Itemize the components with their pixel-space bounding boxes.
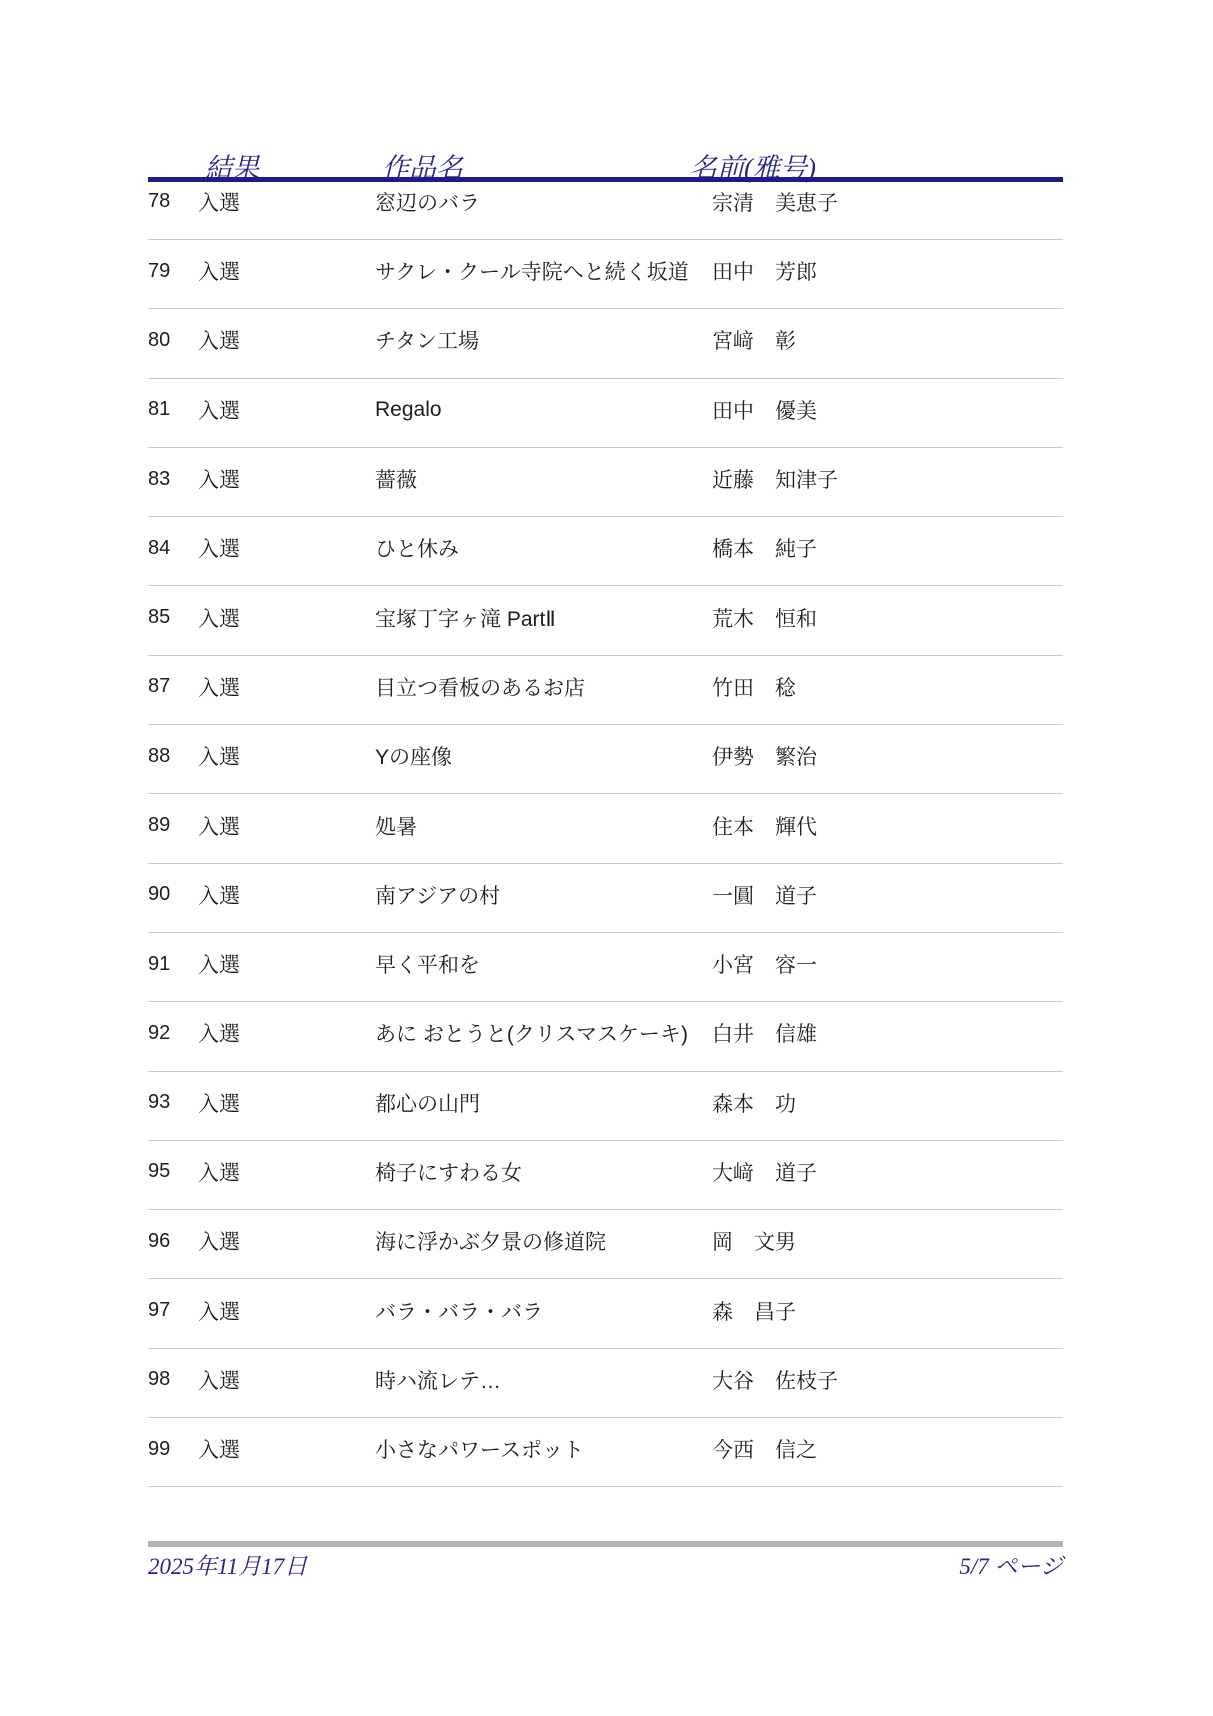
table-row: 95 入選 椅子にすわる女 大﨑 道子 (148, 1141, 1063, 1210)
row-number: 91 (148, 933, 170, 1001)
row-number: 99 (148, 1418, 170, 1486)
table-row: 79 入選 サクレ・クール寺院へと続く坂道 田中 芳郎 (148, 240, 1063, 309)
table-row: 97 入選 バラ・バラ・バラ 森 昌子 (148, 1279, 1063, 1348)
title-cell: 目立つ看板のあるお店 (375, 656, 585, 724)
row-number: 80 (148, 309, 170, 377)
row-number: 89 (148, 794, 170, 862)
title-cell: 都心の山門 (375, 1072, 480, 1140)
table-row: 99 入選 小さなパワースポット 今西 信之 (148, 1418, 1063, 1487)
row-number: 98 (148, 1349, 170, 1417)
name-cell: 今西 信之 (712, 1418, 817, 1486)
table-row: 81 入選 Regalo 田中 優美 (148, 379, 1063, 448)
name-cell: 小宮 容一 (712, 933, 817, 1001)
result-cell: 入選 (198, 725, 240, 793)
result-cell: 入選 (198, 864, 240, 932)
result-cell: 入選 (198, 1349, 240, 1417)
table-row: 80 入選 チタン工場 宮﨑 彰 (148, 309, 1063, 378)
row-number: 96 (148, 1210, 170, 1278)
table-row: 87 入選 目立つ看板のあるお店 竹田 稔 (148, 656, 1063, 725)
title-cell: あに おとうと(クリスマスケーキ) (375, 1002, 688, 1070)
name-cell: 荒木 恒和 (712, 586, 817, 654)
row-number: 93 (148, 1072, 170, 1140)
result-cell: 入選 (198, 1418, 240, 1486)
title-cell: 南アジアの村 (375, 864, 500, 932)
title-cell: 時ハ流レテ… (375, 1349, 501, 1417)
table-row: 98 入選 時ハ流レテ… 大谷 佐枝子 (148, 1349, 1063, 1418)
document-page: 結果 作品名 名前(雅号) 78 入選 窓辺のバラ 宗清 美恵子 79 入選 サ… (0, 0, 1213, 1716)
row-number: 92 (148, 1002, 170, 1070)
result-cell: 入選 (198, 1210, 240, 1278)
title-cell: 椅子にすわる女 (375, 1141, 522, 1209)
row-number: 95 (148, 1141, 170, 1209)
table-row: 89 入選 処暑 住本 輝代 (148, 794, 1063, 863)
table-row: 92 入選 あに おとうと(クリスマスケーキ) 白井 信雄 (148, 1002, 1063, 1071)
footer-date: 2025年11月17日 (148, 1548, 307, 1581)
name-cell: 森 昌子 (712, 1279, 796, 1347)
result-cell: 入選 (198, 656, 240, 724)
title-cell: 早く平和を (375, 933, 480, 1001)
name-cell: 宮﨑 彰 (712, 309, 796, 377)
name-cell: 近藤 知津子 (712, 448, 838, 516)
result-cell: 入選 (198, 794, 240, 862)
result-cell: 入選 (198, 586, 240, 654)
result-cell: 入選 (198, 517, 240, 585)
name-cell: 田中 芳郎 (712, 240, 817, 308)
title-cell: Regalo (375, 379, 442, 447)
result-cell: 入選 (198, 1002, 240, 1070)
row-number: 87 (148, 656, 170, 724)
title-cell: 宝塚丁字ヶ滝 PartⅡ (375, 586, 556, 654)
table-row: 90 入選 南アジアの村 一圓 道子 (148, 864, 1063, 933)
result-cell: 入選 (198, 1072, 240, 1140)
page-footer: 2025年11月17日 5/7 ページ (148, 1548, 1063, 1581)
header-rule (148, 177, 1063, 182)
row-number: 79 (148, 240, 170, 308)
result-cell: 入選 (198, 1141, 240, 1209)
row-number: 97 (148, 1279, 170, 1347)
name-cell: 大谷 佐枝子 (712, 1349, 838, 1417)
row-number: 90 (148, 864, 170, 932)
title-cell: Yの座像 (375, 725, 452, 793)
result-cell: 入選 (198, 309, 240, 377)
row-number: 81 (148, 379, 170, 447)
title-cell: サクレ・クール寺院へと続く坂道 (375, 240, 689, 308)
result-cell: 入選 (198, 379, 240, 447)
title-cell: ひと休み (375, 517, 459, 585)
title-cell: 小さなパワースポット (375, 1418, 584, 1486)
name-cell: 一圓 道子 (712, 864, 817, 932)
result-cell: 入選 (198, 240, 240, 308)
row-number: 84 (148, 517, 170, 585)
title-cell: 薔薇 (375, 448, 417, 516)
table-row: 91 入選 早く平和を 小宮 容一 (148, 933, 1063, 1002)
name-cell: 橋本 純子 (712, 517, 817, 585)
table-row: 83 入選 薔薇 近藤 知津子 (148, 448, 1063, 517)
name-cell: 伊勢 繁治 (712, 725, 817, 793)
table-row: 85 入選 宝塚丁字ヶ滝 PartⅡ 荒木 恒和 (148, 586, 1063, 655)
name-cell: 田中 優美 (712, 379, 817, 447)
name-cell: 岡 文男 (712, 1210, 796, 1278)
table-row: 84 入選 ひと休み 橋本 純子 (148, 517, 1063, 586)
name-cell: 竹田 稔 (712, 656, 796, 724)
footer-page-number: 5/7 ページ (959, 1548, 1063, 1581)
row-number: 83 (148, 448, 170, 516)
result-cell: 入選 (198, 933, 240, 1001)
title-cell: 海に浮かぶ夕景の修道院 (375, 1210, 606, 1278)
name-cell: 住本 輝代 (712, 794, 817, 862)
title-cell: チタン工場 (375, 309, 479, 377)
title-cell: 処暑 (375, 794, 417, 862)
name-cell: 大﨑 道子 (712, 1141, 817, 1209)
row-number: 88 (148, 725, 170, 793)
table-row: 88 入選 Yの座像 伊勢 繁治 (148, 725, 1063, 794)
result-cell: 入選 (198, 1279, 240, 1347)
table-row: 93 入選 都心の山門 森本 功 (148, 1072, 1063, 1141)
footer-rule (148, 1541, 1063, 1547)
row-number: 85 (148, 586, 170, 654)
results-table: 78 入選 窓辺のバラ 宗清 美恵子 79 入選 サクレ・クール寺院へと続く坂道… (148, 171, 1063, 1488)
result-cell: 入選 (198, 448, 240, 516)
title-cell: バラ・バラ・バラ (375, 1279, 543, 1347)
name-cell: 森本 功 (712, 1072, 796, 1140)
table-row: 96 入選 海に浮かぶ夕景の修道院 岡 文男 (148, 1210, 1063, 1279)
name-cell: 白井 信雄 (712, 1002, 817, 1070)
